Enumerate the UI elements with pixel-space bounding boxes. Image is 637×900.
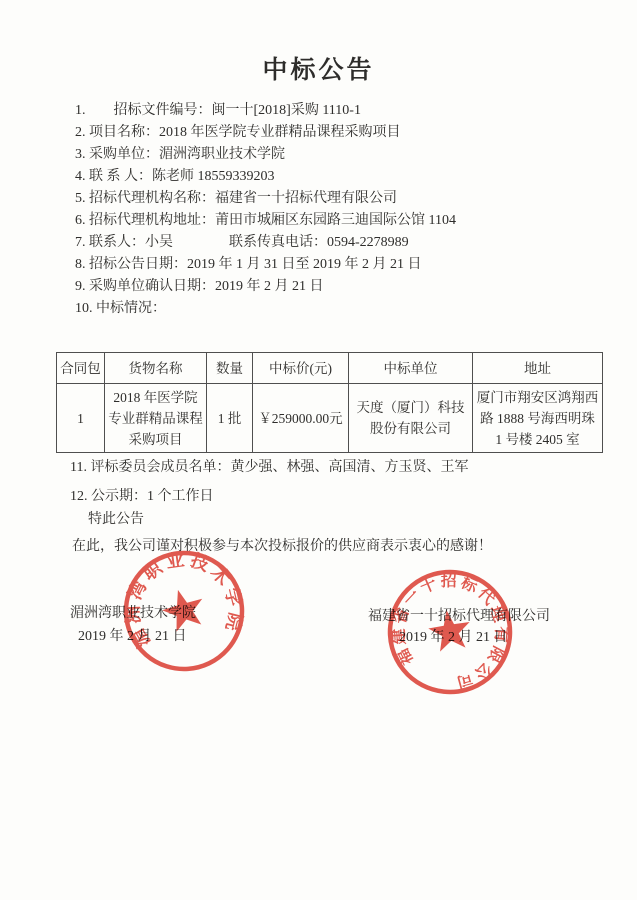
col-header-price: 中标价(元) [253,353,349,384]
cell-package: 1 [57,384,105,453]
cell-winner: 天度（厦门）科技股份有限公司 [349,384,473,453]
seal-star-icon [426,607,474,653]
list-item: 7. 联系人：小吴 联系传真电话：0594-2278989 [75,232,609,254]
list-item: 5. 招标代理机构名称：福建省一十招标代理有限公司 [75,188,609,210]
col-header-goods: 货物名称 [105,353,207,384]
list-item: 3. 采购单位：湄洲湾职业技术学院 [75,144,609,166]
cell-goods: 2018 年医学院专业群精品课程采购项目 [105,384,207,453]
col-header-package: 合同包 [57,353,105,384]
notice-item-list: 1. 招标文件编号：闽一十[2018]采购 1110-1 2. 项目名称：201… [75,100,609,320]
table-header-row: 合同包 货物名称 数量 中标价(元) 中标单位 地址 [57,353,603,384]
cell-price: ￥259000.00元 [253,384,349,453]
table-row: 1 2018 年医学院专业群精品课程采购项目 1 批 ￥259000.00元 天… [57,384,603,453]
list-item: 1. 招标文件编号：闽一十[2018]采购 1110-1 [75,100,609,122]
list-item: 9. 采购单位确认日期：2019 年 2 月 21 日 [75,276,609,298]
col-header-quantity: 数量 [207,353,253,384]
col-header-winner: 中标单位 [349,353,473,384]
list-item-committee: 11. 评标委员会成员名单：黄少强、林强、高国清、方玉贤、王军 [70,458,468,478]
official-seal-right: 福建省一十招标代理有限公司 [373,555,527,709]
list-item: 2. 项目名称：2018 年医学院专业群精品课程采购项目 [75,122,609,144]
list-item-publicity-period: 12. 公示期：1 个工作日 [70,487,214,507]
list-item: 6. 招标代理机构地址：莆田市城厢区东园路三迪国际公馆 1104 [75,210,609,232]
cell-quantity: 1 批 [207,384,253,453]
closing-statement: 特此公告 [88,510,144,530]
document-page: 中标公告 1. 招标文件编号：闽一十[2018]采购 1110-1 2. 项目名… [0,0,637,900]
list-item: 4. 联 系 人：陈老师 18559339203 [75,166,609,188]
list-item: 10. 中标情况： [75,298,609,320]
cell-address: 厦门市翔安区鸿翔西路 1888 号海西明珠 1 号楼 2405 室 [473,384,603,453]
col-header-address: 地址 [473,353,603,384]
seal-star-icon [158,584,209,634]
page-title: 中标公告 [0,50,637,86]
list-item: 8. 招标公告日期：2019 年 1 月 31 日至 2019 年 2 月 21… [75,254,609,276]
official-seal-left: 湄洲湾职业技术学院 [109,536,258,685]
bid-result-table: 合同包 货物名称 数量 中标价(元) 中标单位 地址 1 2018 年医学院专业… [56,352,603,453]
